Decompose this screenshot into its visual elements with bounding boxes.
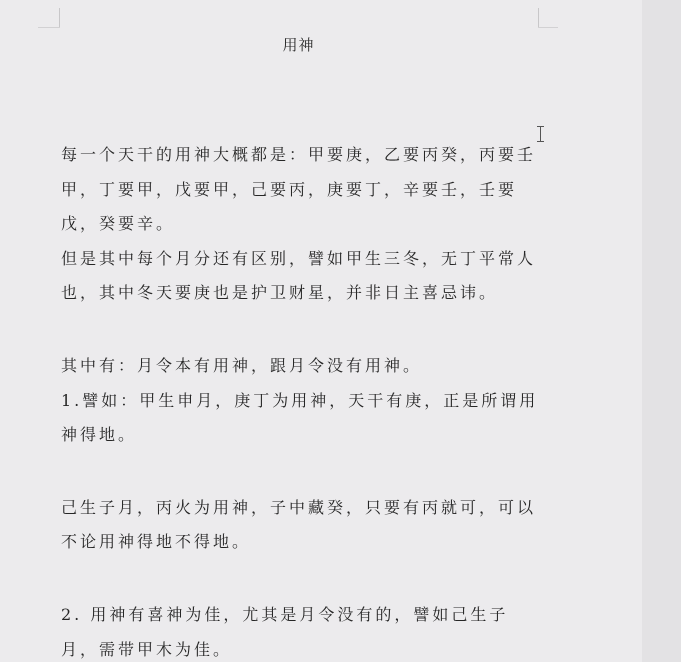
document-page[interactable]: 用神 每一个天干的用神大概都是：甲要庚，乙要丙癸，丙要壬甲，丁要甲，戊要甲，己要… <box>0 0 642 662</box>
paragraph-example-2[interactable]: 2. 用神有喜神为佳，尤其是月令没有的，譬如己生子月，需带甲木为佳。 <box>61 598 541 662</box>
document-body[interactable]: 每一个天干的用神大概都是：甲要庚，乙要丙癸，丙要壬甲，丁要甲，戊要甲，己要丙，庚… <box>61 138 541 662</box>
blank-line <box>61 560 541 598</box>
document-title[interactable]: 用神 <box>0 34 597 55</box>
paragraph-monthly-difference[interactable]: 但是其中每个月分还有区别，譬如甲生三冬，无丁平常人也，其中冬天要庚也是护卫财星，… <box>61 242 541 311</box>
paragraph-ji-zi-month[interactable]: 己生子月，丙火为用神，子中藏癸，只要有丙就可，可以不论用神得地不得地。 <box>61 491 541 560</box>
page-gutter <box>642 0 681 662</box>
blank-line <box>61 311 541 349</box>
blank-line <box>61 453 541 491</box>
paragraph-example-1[interactable]: 1.譬如：甲生申月，庚丁为用神，天干有庚，正是所谓用神得地。 <box>61 384 541 453</box>
paragraph-month-command[interactable]: 其中有：月令本有用神，跟月令没有用神。 <box>61 349 541 384</box>
paragraph-stems-usage[interactable]: 每一个天干的用神大概都是：甲要庚，乙要丙癸，丙要壬甲，丁要甲，戊要甲，己要丙，庚… <box>61 138 541 242</box>
document-viewport[interactable]: 用神 每一个天干的用神大概都是：甲要庚，乙要丙癸，丙要壬甲，丁要甲，戊要甲，己要… <box>0 0 681 662</box>
text-cursor-ibeam-icon <box>536 126 545 142</box>
